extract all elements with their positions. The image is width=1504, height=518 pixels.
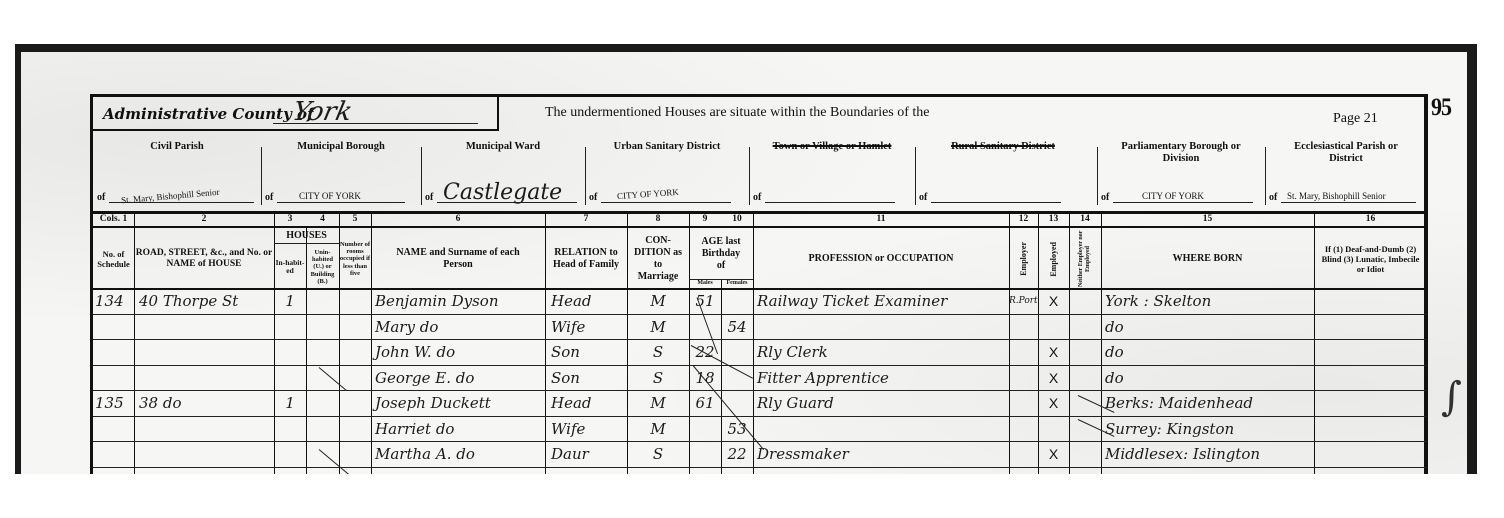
cell-condition: M — [627, 315, 689, 340]
cell-schedule — [95, 366, 133, 391]
cell-employed: X — [1038, 366, 1069, 391]
col-number-5: 5 — [339, 214, 371, 224]
col-number-7: 7 — [545, 214, 627, 224]
cell-employer — [1009, 417, 1038, 442]
heading-inhabited: In-habit-ed — [274, 246, 306, 288]
cell-infirmity — [1318, 391, 1423, 416]
heading-schedule-text: No. of Schedule — [93, 249, 134, 269]
heading-address-text: ROAD, STREET, &c., and No. or NAME of HO… — [134, 248, 274, 271]
of-label: of — [589, 192, 597, 204]
of-label: of — [919, 192, 927, 204]
cell-age-male — [689, 417, 721, 442]
cell-employer — [1009, 442, 1038, 467]
cell-age-male: 51 — [689, 289, 721, 314]
cell-name: Mary do — [375, 315, 543, 340]
cell-born: Middlesex: Islington — [1105, 442, 1310, 467]
heading-occupation: PROFESSION or OCCUPATION — [753, 230, 1009, 288]
cell-address: 40 Thorpe St — [139, 289, 269, 314]
of-label: of — [1269, 192, 1277, 204]
cell-age-female — [721, 340, 753, 365]
of-label: of — [265, 192, 273, 204]
heading-address: ROAD, STREET, &c., and No. or NAME of HO… — [134, 230, 274, 288]
rural-sanitary-district-label: Rural Sanitary District — [915, 141, 1091, 153]
cell-age-female — [721, 289, 753, 314]
of-label: of — [425, 192, 433, 204]
administrative-county-box: Administrative County of York — [93, 97, 499, 131]
cell-employed: X — [1038, 391, 1069, 416]
ecclesiastical-parish-label: Ecclesiastical Parish or District — [1265, 141, 1427, 165]
cell-relation: Son — [551, 340, 625, 365]
col-number-14: 14 — [1069, 214, 1101, 224]
cell-infirmity — [1318, 417, 1423, 442]
cell-condition: M — [627, 289, 689, 314]
cell-inhabited — [274, 417, 306, 442]
municipal-borough-value: CITY OF YORK — [299, 191, 361, 201]
heading-condition-text: CON-DITION as to Marriage — [633, 235, 683, 283]
cell-relation: Daur — [551, 442, 625, 467]
heading-relation: RELATION to Head of Family — [545, 230, 627, 288]
heading-uninhabited-text: Unin-habited (U.) or Building (B.) — [306, 249, 339, 285]
cell-infirmity — [1318, 366, 1423, 391]
cell-occupation: Railway Ticket Examiner — [757, 289, 1007, 314]
cell-condition: S — [627, 366, 689, 391]
cell-inhabited — [274, 315, 306, 340]
cell-schedule — [95, 442, 133, 467]
cell-age-female: 22 — [721, 442, 753, 467]
cell-occupation — [757, 417, 1007, 442]
cell-infirmity — [1318, 442, 1423, 467]
civil-parish-label: Civil Parish — [93, 141, 261, 153]
cell-relation: Wife — [551, 417, 625, 442]
cell-schedule — [95, 417, 133, 442]
page-label: Page 21 — [1333, 111, 1378, 127]
cell-inhabited — [274, 366, 306, 391]
heading-neither-text: Neither Employer nor Employed — [1078, 230, 1092, 288]
heading-name-text: NAME and Surname of each Person — [391, 247, 525, 271]
cell-employer — [1009, 340, 1038, 365]
heading-males: Males — [689, 279, 721, 286]
cell-employer — [1009, 315, 1038, 340]
heading-where-born: WHERE BORN — [1101, 230, 1314, 288]
heading-infirmity: If (1) Deaf-and-Dumb (2) Blind (3) Lunat… — [1314, 230, 1427, 288]
parliamentary-borough-field: Parliamentary Borough or Division of CIT… — [1097, 137, 1265, 213]
heading-age: AGE last Birthday of — [689, 230, 753, 278]
parliamentary-borough-value: CITY OF YORK — [1142, 191, 1204, 201]
cell-neither — [1069, 417, 1101, 442]
cell-name: Benjamin Dyson — [375, 289, 543, 314]
cell-infirmity — [1318, 289, 1423, 314]
cell-employer: R.Port — [1009, 289, 1038, 314]
cell-address — [139, 315, 269, 340]
col-number-3: 3 — [274, 214, 306, 224]
town-village-hamlet-field: Town or Village or Hamlet of — [749, 137, 915, 213]
heading-employed-text: Employed — [1049, 242, 1059, 277]
heading-uninhabited: Unin-habited (U.) or Building (B.) — [306, 246, 339, 288]
ecclesiastical-parish-field: Ecclesiastical Parish or District of St.… — [1265, 137, 1427, 213]
heading-where-born-text: WHERE BORN — [1173, 253, 1243, 265]
cell-name: Harriet do — [375, 417, 543, 442]
municipal-ward-label: Municipal Ward — [421, 141, 585, 153]
cell-neither — [1069, 442, 1101, 467]
col-number-15: 15 — [1101, 214, 1314, 224]
cell-relation: Son — [551, 366, 625, 391]
cell-occupation: Fitter Apprentice — [757, 366, 1007, 391]
cell-schedule: 134 — [95, 289, 133, 314]
cell-employed: X — [1038, 442, 1069, 467]
cell-born: do — [1105, 315, 1310, 340]
cell-schedule: 135 — [95, 391, 133, 416]
cell-born: do — [1105, 366, 1310, 391]
cell-relation: Head — [551, 289, 625, 314]
cell-employer — [1009, 366, 1038, 391]
col-number-4: 4 — [306, 214, 339, 224]
cell-relation: Wife — [551, 315, 625, 340]
cell-address: 38 do — [139, 391, 269, 416]
cell-condition: M — [627, 417, 689, 442]
col-number-16: 16 — [1314, 214, 1427, 224]
heading-schedule: No. of Schedule — [93, 230, 134, 288]
cell-born: York : Skelton — [1105, 289, 1310, 314]
urban-sanitary-district-label: Urban Sanitary District — [585, 141, 749, 153]
cell-inhabited — [274, 442, 306, 467]
cell-occupation: Rly Clerk — [757, 340, 1007, 365]
col-number-2: 2 — [134, 214, 274, 224]
urban-sanitary-district-value: CITY OF YORK — [617, 187, 679, 202]
cell-age-male: 18 — [689, 366, 721, 391]
folio-number: 95 — [1431, 92, 1451, 122]
cell-infirmity — [1318, 340, 1423, 365]
municipal-borough-label: Municipal Borough — [261, 141, 421, 153]
col-number-11: 11 — [753, 214, 1009, 224]
col-number-10: 10 — [721, 214, 753, 224]
cell-born: Berks: Maidenhead — [1105, 391, 1310, 416]
municipal-ward-value: Castlegate — [443, 180, 562, 205]
cell-occupation — [757, 315, 1007, 340]
check-mark: ∫ — [1441, 374, 1462, 420]
cell-schedule — [95, 315, 133, 340]
cell-occupation: Rly Guard — [757, 391, 1007, 416]
cell-neither — [1069, 366, 1101, 391]
administrative-county-label: Administrative County of — [103, 105, 313, 123]
cell-infirmity — [1318, 315, 1423, 340]
civil-parish-field: Civil Parish of St. Mary, Bishophill Sen… — [93, 137, 261, 213]
cell-age-female: 54 — [721, 315, 753, 340]
heading-rooms-text: Number of rooms occupied if less than fi… — [339, 241, 371, 277]
boundaries-heading: The undermentioned Houses are situate wi… — [545, 105, 930, 121]
ecclesiastical-parish-value: St. Mary, Bishophill Senior — [1287, 191, 1386, 201]
heading-neither: Neither Employer nor Employed — [1069, 230, 1101, 288]
municipal-borough-field: Municipal Borough of CITY OF YORK — [261, 137, 421, 213]
col-number-8: 8 — [627, 214, 689, 224]
cell-employed: X — [1038, 340, 1069, 365]
cell-neither — [1069, 315, 1101, 340]
heading-houses: HOUSES — [274, 230, 339, 244]
heading-inhabited-text: In-habit-ed — [274, 259, 306, 276]
heading-females: Females — [721, 279, 753, 286]
heading-employer-text: Employer — [1019, 242, 1029, 276]
col-number-12: 12 — [1009, 214, 1038, 224]
town-village-hamlet-label: Town or Village or Hamlet — [749, 141, 915, 153]
heading-infirmity-text: If (1) Deaf-and-Dumb (2) Blind (3) Lunat… — [1320, 244, 1421, 275]
cell-condition: S — [627, 442, 689, 467]
cell-inhabited: 1 — [274, 289, 306, 314]
cell-inhabited: 1 — [274, 391, 306, 416]
of-label: of — [1101, 192, 1109, 204]
cell-name: John W. do — [375, 340, 543, 365]
municipal-ward-field: Municipal Ward of Castlegate — [421, 137, 585, 213]
cell-name: Martha A. do — [375, 442, 543, 467]
cell-inhabited — [274, 340, 306, 365]
of-label: of — [97, 192, 105, 204]
cell-age-female: 53 — [721, 417, 753, 442]
parliamentary-borough-label: Parliamentary Borough or Division — [1097, 141, 1265, 165]
heading-age-text: AGE last Birthday of — [697, 236, 745, 272]
cell-address — [139, 442, 269, 467]
heading-condition: CON-DITION as to Marriage — [627, 230, 689, 288]
census-page-scan: 95 Administrative County of York The und… — [15, 44, 1477, 474]
heading-rooms: Number of rooms occupied if less than fi… — [339, 230, 371, 288]
cell-employer — [1009, 391, 1038, 416]
heading-relation-text: RELATION to Head of Family — [545, 247, 627, 271]
cell-neither — [1069, 289, 1101, 314]
cell-born: do — [1105, 340, 1310, 365]
cell-neither — [1069, 340, 1101, 365]
heading-occupation-text: PROFESSION or OCCUPATION — [808, 253, 953, 265]
cell-schedule — [95, 340, 133, 365]
cell-occupation: Dressmaker — [757, 442, 1007, 467]
cell-condition: M — [627, 391, 689, 416]
cell-relation: Head — [551, 391, 625, 416]
col-number-9: 9 — [689, 214, 721, 224]
cell-age-male — [689, 442, 721, 467]
cell-address — [139, 417, 269, 442]
cell-address — [139, 340, 269, 365]
cell-name: George E. do — [375, 366, 543, 391]
urban-sanitary-district-field: Urban Sanitary District of CITY OF YORK — [585, 137, 749, 213]
cell-condition: S — [627, 340, 689, 365]
heading-employer: Employer — [1009, 230, 1038, 288]
administrative-county-value: York — [290, 97, 355, 127]
cell-name: Joseph Duckett — [375, 391, 543, 416]
cell-born: Surrey: Kingston — [1105, 417, 1310, 442]
of-label: of — [753, 192, 761, 204]
heading-name: NAME and Surname of each Person — [371, 230, 545, 288]
heading-employed: Employed — [1038, 230, 1069, 288]
col-number-1: Cols. 1 — [93, 214, 134, 224]
census-form: Administrative County of York The underm… — [90, 94, 1428, 474]
cell-employed: X — [1038, 289, 1069, 314]
col-number-6: 6 — [371, 214, 545, 224]
rural-sanitary-district-field: Rural Sanitary District of — [915, 137, 1091, 213]
col-number-13: 13 — [1038, 214, 1069, 224]
cell-address — [139, 366, 269, 391]
